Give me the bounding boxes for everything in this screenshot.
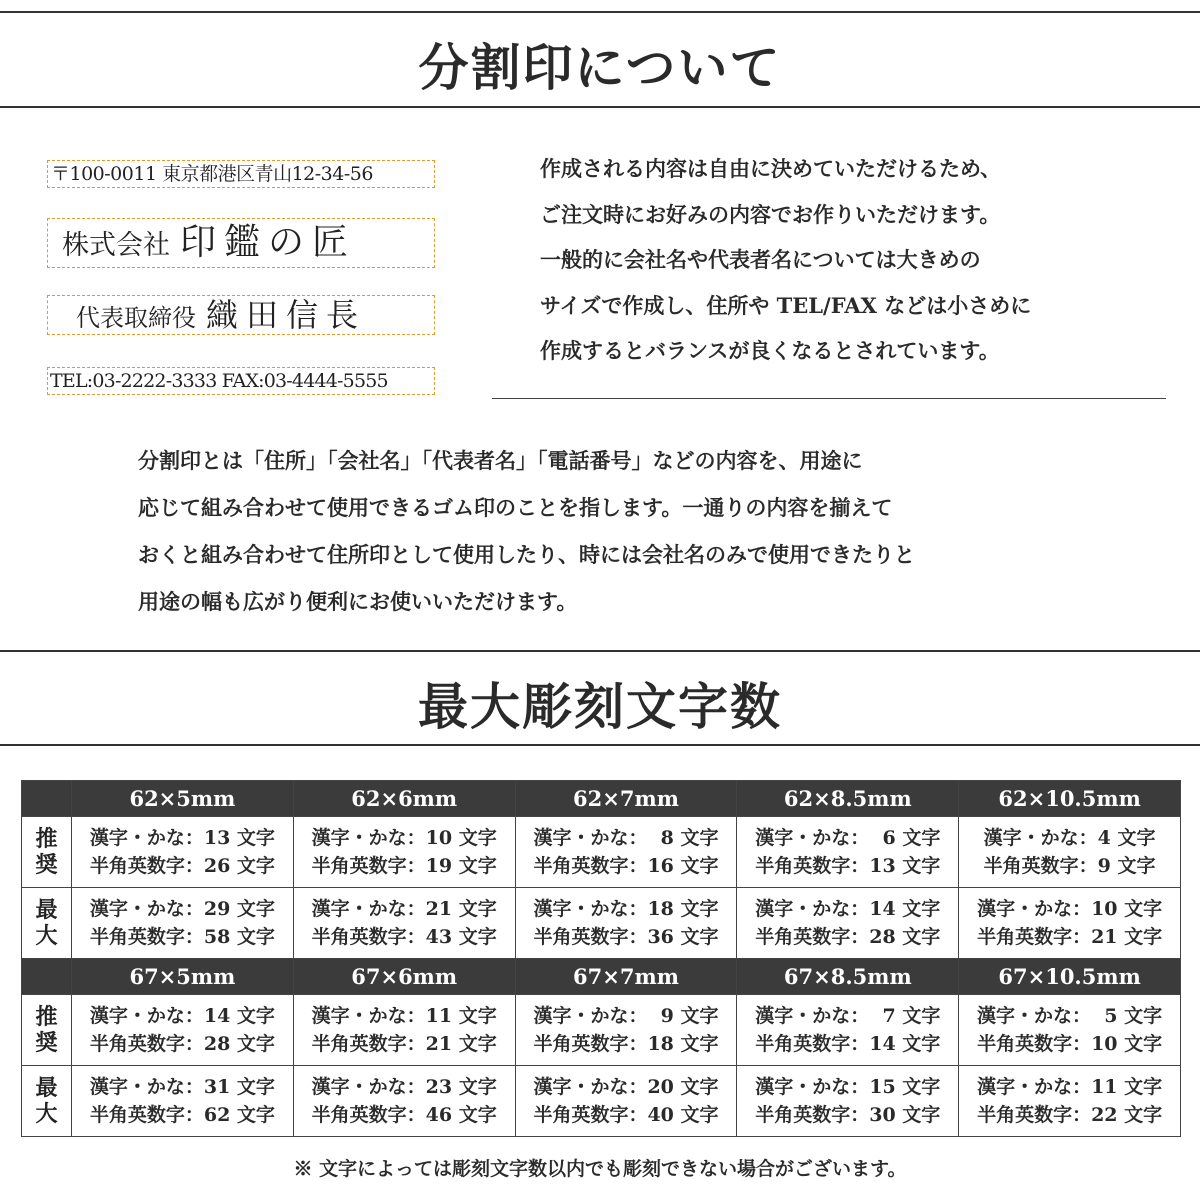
company-name: 印鑑の匠 [180,222,356,263]
row-label-max: 最大 [22,1066,72,1137]
size-header: 62×8.5mm [737,781,959,817]
stamp-sample-address: 〒100-0011 東京都港区青山12-34-56 [47,160,435,188]
size-header: 67×5mm [72,959,294,995]
table-cell: 漢字・かな：11 文字半角英数字：21 文字 [293,995,515,1066]
section2-top-rule [0,650,1200,652]
table-cell: 漢字・かな：18 文字半角英数字：36 文字 [515,888,737,959]
table-cell: 漢字・かな： 5 文字半角英数字：10 文字 [959,995,1181,1066]
table-cell: 漢字・かな：14 文字半角英数字：28 文字 [737,888,959,959]
table-cell: 漢字・かな：13 文字半角英数字：26 文字 [72,817,294,888]
table-cell: 漢字・かな： 8 文字半角英数字：16 文字 [515,817,737,888]
table-cell: 漢字・かな： 9 文字半角英数字：18 文字 [515,995,737,1066]
size-header-row: 67×5mm 67×6mm 67×7mm 67×8.5mm 67×10.5mm [22,959,1181,995]
table-cell: 漢字・かな：11 文字半角英数字：22 文字 [959,1066,1181,1137]
stamp-sample-tel-fax: TEL:03-2222-3333 FAX:03-4444-5555 [47,367,435,395]
intro-line: 作成される内容は自由に決めていただけるため、 [540,146,1160,192]
intro-paragraph: 作成される内容は自由に決めていただけるため、 ご注文時にお好みの内容でお作りいた… [540,146,1160,374]
size-header: 67×6mm [293,959,515,995]
size-header-row: 62×5mm 62×6mm 62×7mm 62×8.5mm 62×10.5mm [22,781,1181,817]
table-cell: 漢字・かな：23 文字半角英数字：46 文字 [293,1066,515,1137]
table-cell: 漢字・かな：31 文字半角英数字：62 文字 [72,1066,294,1137]
intro-line: 作成するとバランスが良くなるとされています。 [540,328,1160,374]
max-characters-table: 62×5mm 62×6mm 62×7mm 62×8.5mm 62×10.5mm … [21,780,1181,1137]
table-cell: 漢字・かな：15 文字半角英数字：30 文字 [737,1066,959,1137]
row-label-recommended: 推奨 [22,817,72,888]
intro-line: サイズで作成し、住所や TEL/FAX などは小さめに [540,283,1160,329]
description-line: 用途の幅も広がり便利にお使いいただけます。 [138,578,1098,625]
table-cell: 漢字・かな：10 文字半角英数字：19 文字 [293,817,515,888]
table-cell: 漢字・かな：20 文字半角英数字：40 文字 [515,1066,737,1137]
table-cell: 漢字・かな：21 文字半角英数字：43 文字 [293,888,515,959]
description-line: 応じて組み合わせて使用できるゴム印のことを指します。一通りの内容を揃えて [138,484,1098,531]
section-title-max-characters: 最大彫刻文字数 [0,667,1200,739]
intro-divider [492,398,1166,399]
size-header: 62×6mm [293,781,515,817]
header-corner [22,781,72,817]
top-rule [0,11,1200,13]
description-paragraph: 分割印とは「住所」「会社名」「代表者名」「電話番号」などの内容を、用途に 応じて… [138,437,1098,625]
table-cell: 漢字・かな：29 文字半角英数字：58 文字 [72,888,294,959]
size-header: 67×8.5mm [737,959,959,995]
size-header: 62×10.5mm [959,781,1181,817]
stamp-sample-company: 株式会社印鑑の匠 [47,218,435,268]
engraving-note: ※ 文字によっては彫刻文字数以内でも彫刻できない場合がございます。 [0,1154,1200,1181]
header-corner [22,959,72,995]
stamp-sample-representative: 代表取締役織田信長 [47,295,435,335]
table-cell: 漢字・かな：10 文字半角英数字：21 文字 [959,888,1181,959]
table-row-max: 最大 漢字・かな：31 文字半角英数字：62 文字 漢字・かな：23 文字半角英… [22,1066,1181,1137]
title-bottom-rule [0,106,1200,108]
intro-line: 一般的に会社名や代表者名については大きめの [540,237,1160,283]
description-line: 分割印とは「住所」「会社名」「代表者名」「電話番号」などの内容を、用途に [138,437,1098,484]
table-cell: 漢字・かな： 7 文字半角英数字：14 文字 [737,995,959,1066]
section-title-about: 分割印について [0,28,1200,100]
row-label-max: 最大 [22,888,72,959]
intro-line: ご注文時にお好みの内容でお作りいただけます。 [540,192,1160,238]
size-header: 67×10.5mm [959,959,1181,995]
table-row-recommended: 推奨 漢字・かな：14 文字半角英数字：28 文字 漢字・かな：11 文字半角英… [22,995,1181,1066]
rep-title: 代表取締役 [76,304,196,332]
table-row-recommended: 推奨 漢字・かな：13 文字半角英数字：26 文字 漢字・かな：10 文字半角英… [22,817,1181,888]
row-label-recommended: 推奨 [22,995,72,1066]
table-row-max: 最大 漢字・かな：29 文字半角英数字：58 文字 漢字・かな：21 文字半角英… [22,888,1181,959]
size-header: 67×7mm [515,959,737,995]
section2-bottom-rule [0,744,1200,746]
table-cell: 漢字・かな： 6 文字半角英数字：13 文字 [737,817,959,888]
rep-name: 織田信長 [206,296,366,334]
table-cell: 漢字・かな：4 文字半角英数字：9 文字 [959,817,1181,888]
description-line: おくと組み合わせて住所印として使用したり、時には会社名のみで使用できたりと [138,531,1098,578]
company-prefix: 株式会社 [62,230,170,261]
table-cell: 漢字・かな：14 文字半角英数字：28 文字 [72,995,294,1066]
size-header: 62×5mm [72,781,294,817]
size-header: 62×7mm [515,781,737,817]
